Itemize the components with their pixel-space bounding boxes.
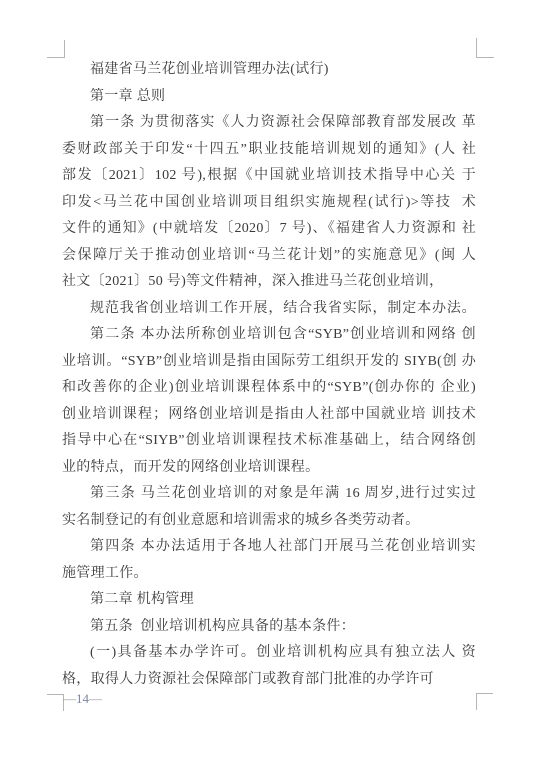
text-line: 规范我省创业培训工作开展，结合我省实际，制定本办法。 <box>62 296 476 323</box>
text-line: 部发〔2021〕102 号),根据《中国就业培训技术指导中心关 于 <box>62 163 476 190</box>
text-line: 福建省马兰花创业培训管理办法(试行) <box>62 57 476 84</box>
text-line: 社文〔2021〕50 号)等文件精神，深入推进马兰花创业培训， <box>62 269 476 296</box>
text-line: 创业培训课程；网络创业培训是指由人社部中国就业培 训技术 <box>62 402 476 429</box>
text-line: 格，取得人力资源社会保障部门或教育部门批准的办学许可 <box>62 667 476 694</box>
text-line: 施管理工作。 <box>62 561 476 588</box>
text-line: 第五条 创业培训机构应具备的基本条件： <box>62 614 476 641</box>
text-line: 指导中心在“SIYB”创业培训课程技术标准基础上，结合网络创 <box>62 428 476 455</box>
text-line: 实名制登记的有创业意愿和培训需求的城乡各类劳动者。 <box>62 508 476 535</box>
crop-mark-bottom-right <box>476 693 493 710</box>
document-page: 福建省马兰花创业培训管理办法(试行)第一章 总则第一条 为贯彻落实《人力资源社会… <box>0 0 539 767</box>
crop-mark-top-left <box>47 40 65 58</box>
text-line: 和改善你的企业)创业培训课程体系中的“SYB”(创办你的 企业) <box>62 375 476 402</box>
text-line: 第三条 马兰花创业培训的对象是年满 16 周岁,进行过实过 <box>62 481 476 508</box>
text-line: 第四条 本办法适用于各地人社部门开展马兰花创业培训实 <box>62 534 476 561</box>
page-number-dash-left: — <box>63 691 76 706</box>
text-line: 印发<马兰花中国创业培训项目组织实施规程(试行)>等技 术 <box>62 190 476 217</box>
text-line: 业培训。“SYB”创业培训是指由国际劳工组织开发的 SIYB(创 办 <box>62 349 476 376</box>
text-line: 第一章 总则 <box>62 84 476 111</box>
text-line: 委财政部关于印发“十四五”职业技能培训规划的通知》(人 社 <box>62 137 476 164</box>
text-line: 业的特点，而开发的网络创业培训课程。 <box>62 455 476 482</box>
page-number: —14— <box>63 691 102 707</box>
text-line: (一)具备基本办学许可。创业培训机构应具有独立法人 资 <box>62 640 476 667</box>
crop-mark-top-right <box>476 38 494 58</box>
text-line: 第二条 本办法所称创业培训包含“SYB”创业培训和网络 创 <box>62 322 476 349</box>
page-number-value: 14 <box>76 691 89 706</box>
crop-mark-bottom-left <box>47 694 64 711</box>
text-line: 文件的通知》(中就培发〔2020〕7 号)、《福建省人力资源和 社 <box>62 216 476 243</box>
text-line: 会保障厅关于推动创业培训“马兰花计划”的实施意见》(闽 人 <box>62 243 476 270</box>
text-line: 第一条 为贯彻落实《人力资源社会保障部教育部发展改 革 <box>62 110 476 137</box>
document-body: 福建省马兰花创业培训管理办法(试行)第一章 总则第一条 为贯彻落实《人力资源社会… <box>62 57 476 693</box>
text-line: 第二章 机构管理 <box>62 587 476 614</box>
page-number-dash-right: — <box>89 691 102 706</box>
